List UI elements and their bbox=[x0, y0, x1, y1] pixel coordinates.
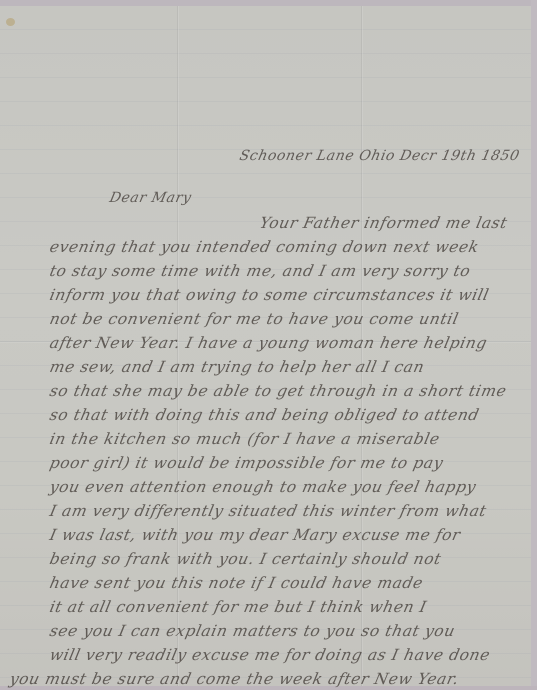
letter-line: it at all convenient for me but I think … bbox=[48, 598, 428, 616]
letter-dateline: Schooner Lane Ohio Decr 19th 1850 bbox=[238, 148, 521, 164]
letter-line: you must be sure and come the week after… bbox=[8, 670, 461, 688]
letter-line: in the kitchen so much (for I have a mis… bbox=[48, 430, 442, 448]
letter-line: evening that you intended coming down ne… bbox=[48, 238, 481, 256]
letter-line: so that she may be able to get through i… bbox=[48, 382, 508, 400]
letter-line: I was last, with you my dear Mary excuse… bbox=[48, 526, 462, 544]
letter-line: to stay some time with me, and I am very… bbox=[48, 262, 472, 280]
letter-line: inform you that owing to some circumstan… bbox=[48, 286, 491, 304]
letter-line: see you I can explain matters to you so … bbox=[48, 622, 457, 640]
paper-stain bbox=[6, 18, 15, 26]
letter-line: so that with doing this and being oblige… bbox=[48, 406, 481, 424]
letter-line: me sew, and I am trying to help her all … bbox=[48, 358, 426, 376]
letter-line: I am very differently situated this wint… bbox=[48, 502, 488, 520]
letter-greeting: Dear Mary bbox=[108, 190, 193, 206]
letter-line: after New Year. I have a young woman her… bbox=[48, 334, 489, 352]
letter-line: not be convenient for me to have you com… bbox=[48, 310, 460, 328]
letter-line: you even attention enough to make you fe… bbox=[48, 478, 478, 496]
letter-line: have sent you this note if I could have … bbox=[48, 574, 425, 592]
letter-line: being so frank with you. I certainly sho… bbox=[48, 550, 443, 568]
letter-line: will very readily excuse me for doing as… bbox=[48, 646, 492, 664]
letter-line: Your Father informed me last bbox=[258, 214, 509, 232]
scan-edge-right bbox=[531, 0, 537, 690]
letter-line: poor girl) it would be impossible for me… bbox=[48, 454, 445, 472]
